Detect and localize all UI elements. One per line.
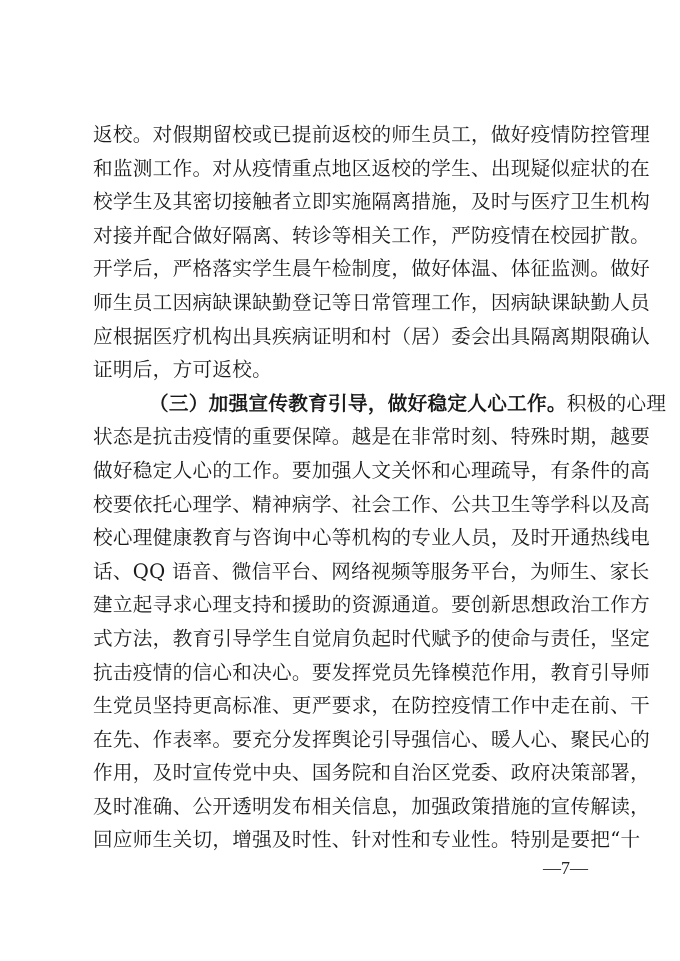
text-line: 建立起寻求心理支持和援助的资源通道。要创新思想政治工作方 bbox=[93, 588, 595, 622]
text-line: 证明后，方可返校。 bbox=[93, 353, 595, 387]
text-line: 开学后，严格落实学生晨午检制度，做好体温、体征监测。做好 bbox=[93, 252, 595, 286]
text-line: 校学生及其密切接触者立即实施隔离措施，及时与医疗卫生机构 bbox=[93, 185, 595, 219]
text-line: 状态是抗击疫情的重要保障。越是在非常时刻、特殊时期，越要 bbox=[93, 420, 595, 454]
text-line: 应根据医疗机构出具疾病证明和村（居）委会出具隔离期限确认 bbox=[93, 320, 595, 354]
section-heading-line: （三）加强宣传教育引导，做好稳定人心工作。积极的心理 bbox=[93, 387, 595, 421]
text-line: 作用，及时宣传党中央、国务院和自治区党委、政府决策部署， bbox=[93, 756, 595, 790]
document-page: 返校。对假期留校或已提前返校的师生员工，做好疫情防控管理 和监测工作。对从疫情重… bbox=[0, 0, 680, 961]
text-line: 做好稳定人心的工作。要加强人文关怀和心理疏导，有条件的高 bbox=[93, 454, 595, 488]
text-line: 话、QQ 语音、微信平台、网络视频等服务平台，为师生、家长 bbox=[93, 555, 595, 589]
text-line: 校要依托心理学、精神病学、社会工作、公共卫生等学科以及高 bbox=[93, 488, 595, 522]
text-line: 式方法，教育引导学生自觉肩负起时代赋予的使命与责任，坚定 bbox=[93, 622, 595, 656]
text-line: 对接并配合做好隔离、转诊等相关工作，严防疫情在校园扩散。 bbox=[93, 219, 595, 253]
text-fragment: 积极的心理 bbox=[567, 392, 666, 415]
text-line: 抗击疫情的信心和决心。要发挥党员先锋模范作用，教育引导师 bbox=[93, 656, 595, 690]
text-line: 校心理健康教育与咨询中心等机构的专业人员，及时开通热线电 bbox=[93, 521, 595, 555]
page-number: —7— bbox=[543, 858, 588, 879]
document-body: 返校。对假期留校或已提前返校的师生员工，做好疫情防控管理 和监测工作。对从疫情重… bbox=[93, 118, 595, 857]
section-heading: （三）加强宣传教育引导，做好稳定人心工作。 bbox=[149, 392, 567, 415]
text-line: 回应师生关切，增强及时性、针对性和专业性。特别是要把“十 bbox=[93, 823, 595, 857]
text-line: 生党员坚持更高标准、更严要求，在防控疫情工作中走在前、干 bbox=[93, 689, 595, 723]
text-line: 在先、作表率。要充分发挥舆论引导强信心、暖人心、聚民心的 bbox=[93, 723, 595, 757]
text-line: 师生员工因病缺课缺勤登记等日常管理工作，因病缺课缺勤人员 bbox=[93, 286, 595, 320]
text-line: 返校。对假期留校或已提前返校的师生员工，做好疫情防控管理 bbox=[93, 118, 595, 152]
text-line: 和监测工作。对从疫情重点地区返校的学生、出现疑似症状的在 bbox=[93, 152, 595, 186]
text-line: 及时准确、公开透明发布相关信息，加强政策措施的宣传解读， bbox=[93, 790, 595, 824]
